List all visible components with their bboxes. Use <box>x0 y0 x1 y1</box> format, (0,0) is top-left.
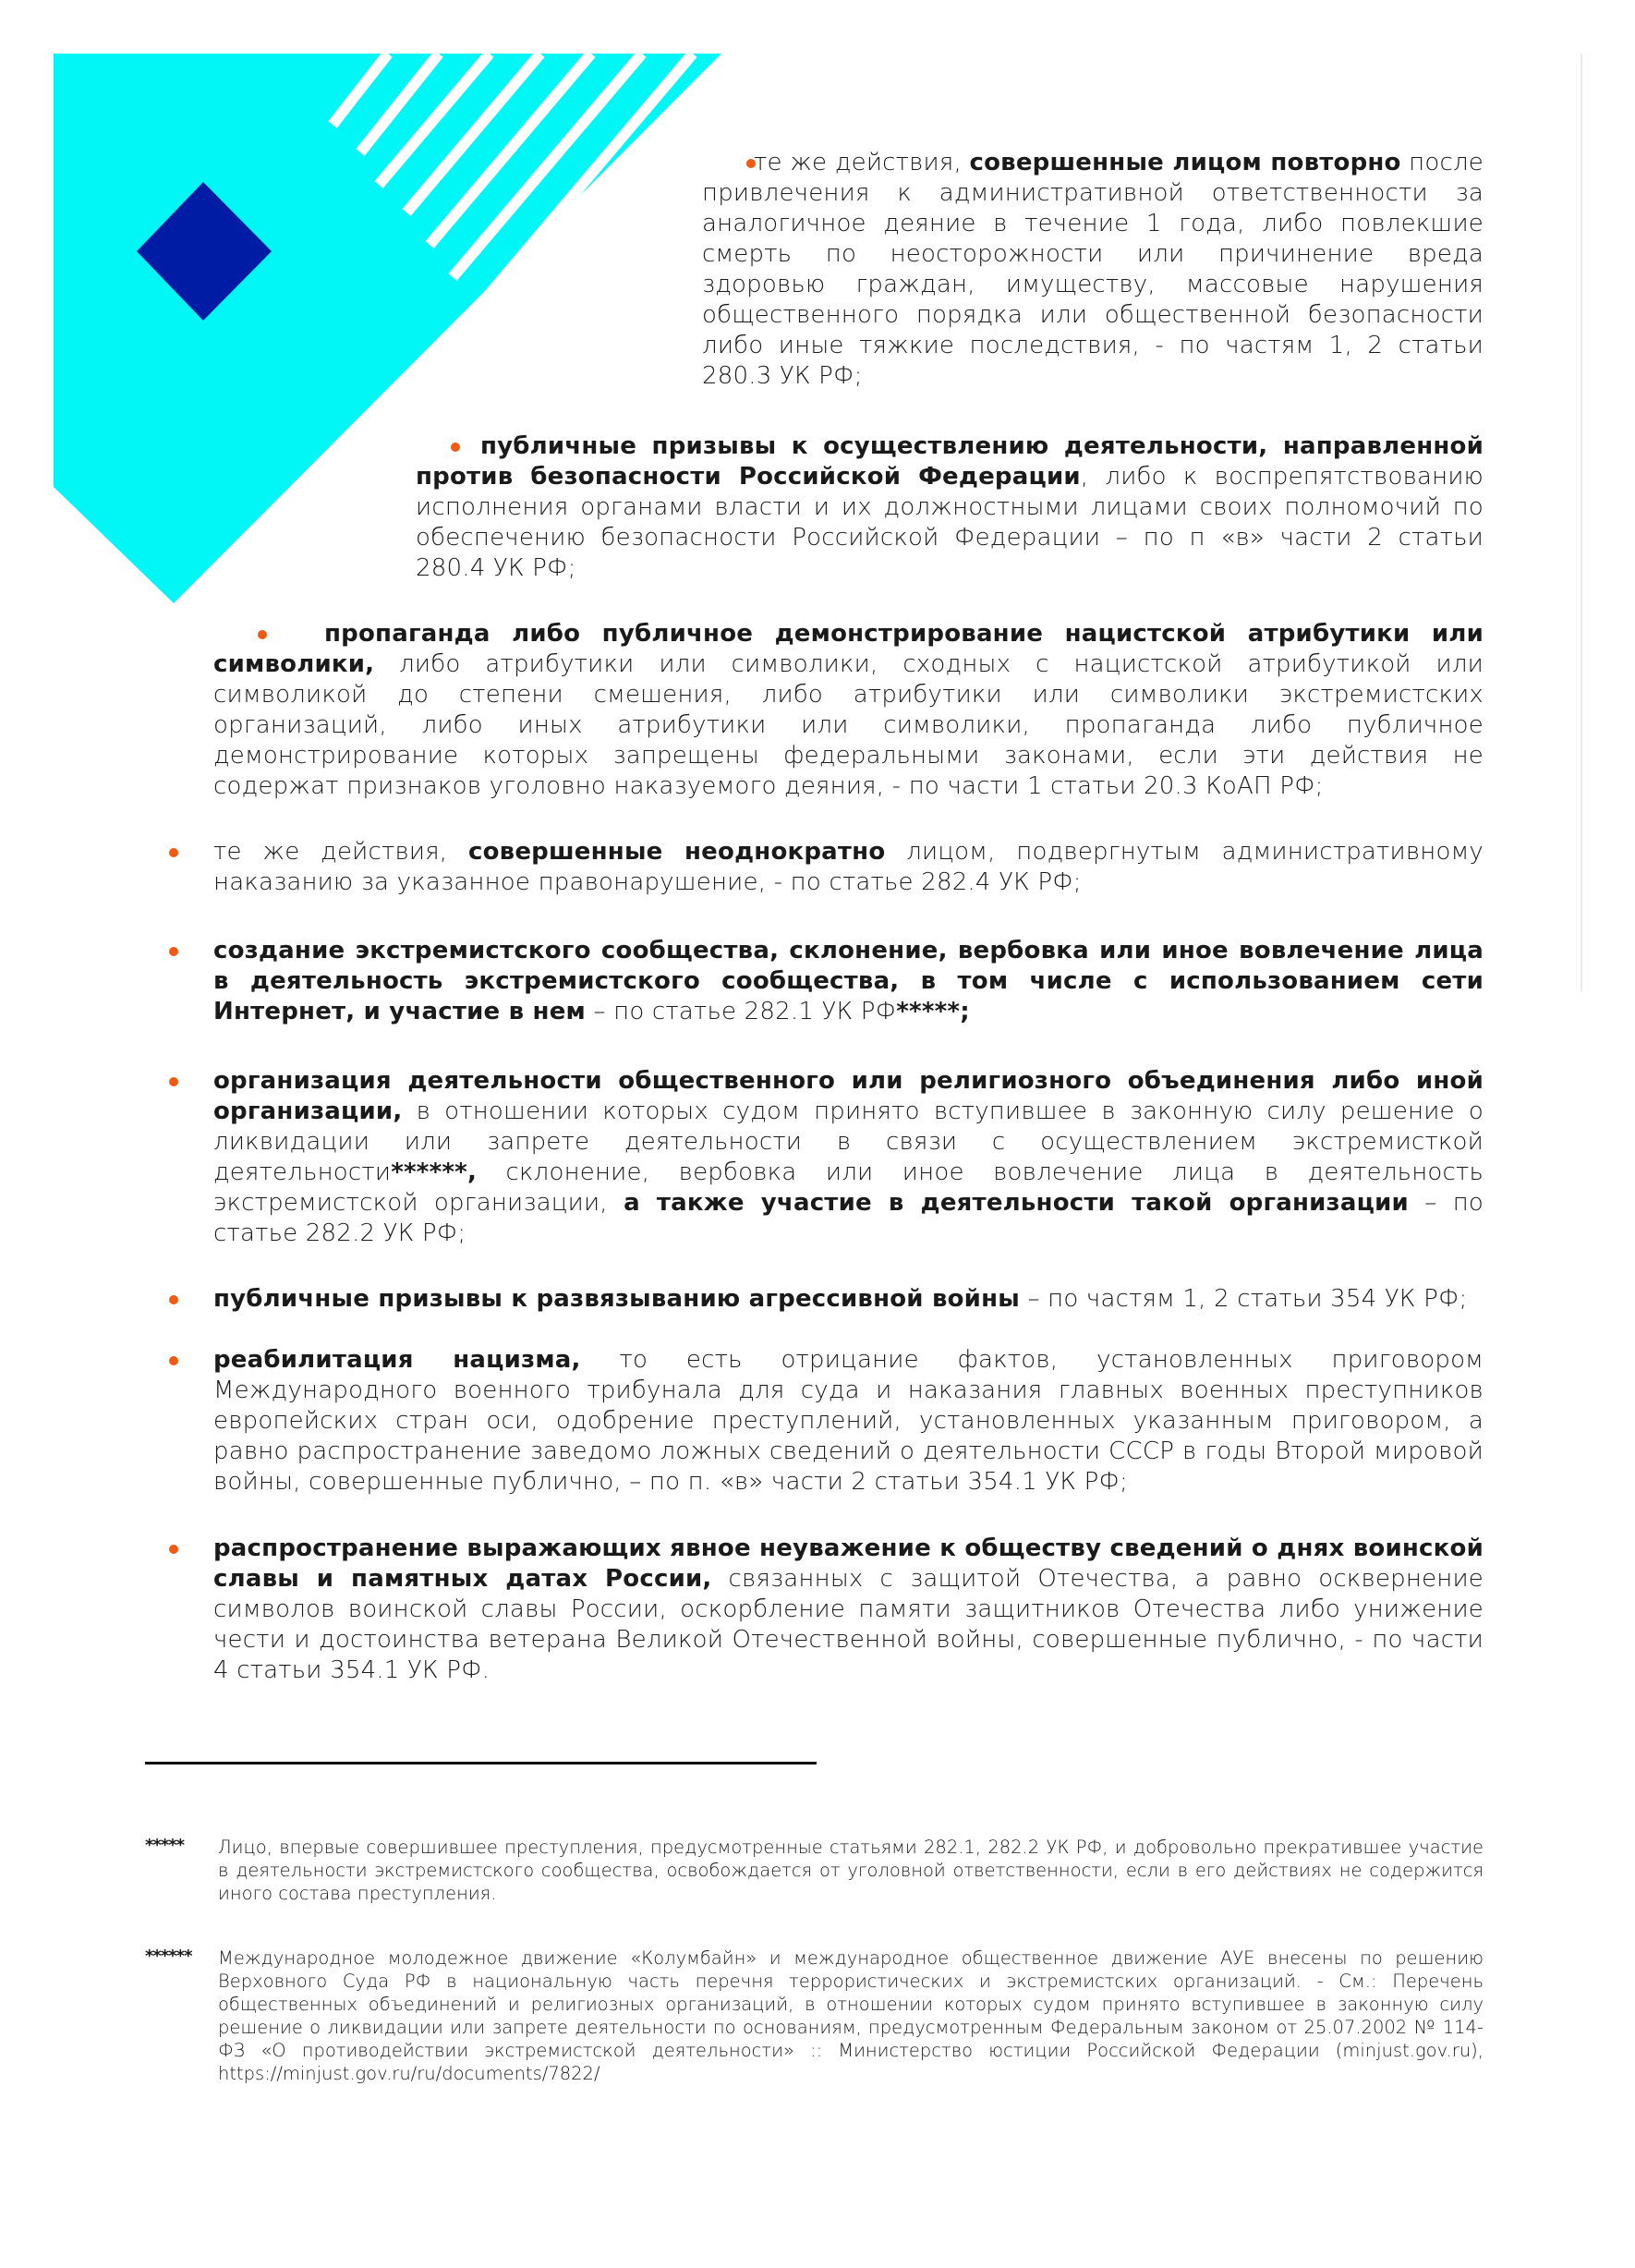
bullet-icon <box>169 1295 178 1304</box>
footnote-text: Лицо, впервые совершившее преступления, … <box>218 1836 1484 1905</box>
bullet-icon <box>169 1356 178 1365</box>
bold-text: реабилитация нацизма, <box>213 1346 581 1374</box>
text: те же действия, <box>754 149 970 176</box>
text: – по статье 282.1 УК РФ <box>586 998 896 1025</box>
bold-text: публичные призывы к развязыванию агресси… <box>213 1285 1020 1313</box>
bold-text: совершенные лицом повторно <box>970 149 1401 176</box>
list-item: те же действия, совершенные лицом повтор… <box>702 148 1484 392</box>
list-item: реабилитация нацизма, то есть отрицание … <box>213 1345 1484 1498</box>
list-item: организация деятельности общественного и… <box>213 1066 1484 1249</box>
list-item: публичные призывы к осуществлению деятел… <box>416 431 1484 584</box>
bullet-icon <box>451 443 460 452</box>
footnote-separator <box>145 1762 817 1765</box>
text: после привлечения к административной отв… <box>702 149 1484 390</box>
bullet-icon <box>169 1077 178 1086</box>
list-item: публичные призывы к развязыванию агресси… <box>213 1284 1484 1315</box>
list-item: те же действия, совершенные неоднократно… <box>213 837 1484 898</box>
bold-text: *****; <box>896 998 970 1025</box>
text: – по частям 1, 2 статьи 354 УК РФ; <box>1020 1285 1468 1313</box>
text: либо атрибутики или символики, сходных с… <box>213 650 1484 800</box>
bullet-icon <box>169 848 178 857</box>
footnote-mark: ****** <box>145 1947 191 1966</box>
bullet-icon <box>746 159 756 168</box>
page-edge-line <box>1580 54 1582 991</box>
bullet-icon <box>258 630 267 639</box>
bullet-icon <box>169 947 178 956</box>
list-item: создание экстремистского сообщества, скл… <box>213 936 1484 1027</box>
bold-text: ******, <box>391 1158 477 1186</box>
list-item: пропаганда либо публичное демонстрирован… <box>213 619 1484 802</box>
list-item: распространение выражающих явное неуваже… <box>213 1534 1484 1686</box>
footnote-text: Международное молодежное движение «Колум… <box>218 1947 1484 2085</box>
bold-text: совершенные неоднократно <box>468 838 885 866</box>
text: те же действия, <box>213 838 468 866</box>
footnote-mark: ***** <box>145 1836 184 1855</box>
bold-text: а также участие в деятельности такой орг… <box>624 1189 1409 1217</box>
bullet-icon <box>169 1545 178 1554</box>
